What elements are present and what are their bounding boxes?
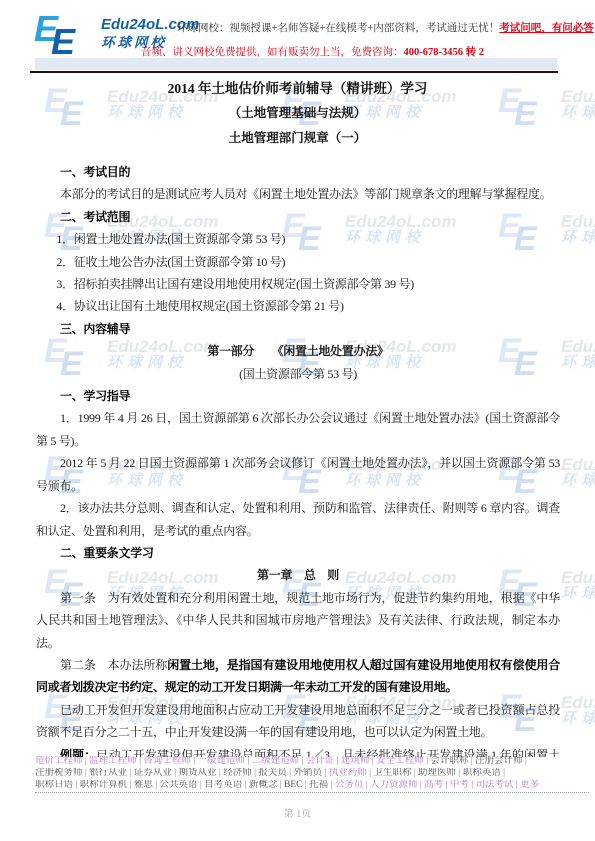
footer-link-separator: | bbox=[127, 768, 134, 778]
footer-link[interactable]: 司法考试 bbox=[476, 780, 514, 790]
watermark-brand-cn-text: 环球网校 bbox=[561, 356, 595, 372]
header-slogan: 环球网校：视频授课+名师答疑+在线模考+内部资料，考试通过无忧！考试问吧，有问必… bbox=[177, 20, 595, 35]
content-block-heading: 三、内容辅导 bbox=[36, 318, 560, 340]
content-block-center: (国土资源部令第 53 号) bbox=[36, 363, 560, 385]
content-block-para: 2012 年 5 月 22 日国土资源部第 1 次部务会议修订《闲置土地处置办法… bbox=[36, 452, 560, 497]
footer-link[interactable]: 咨询工程师 bbox=[143, 756, 191, 766]
footer-link[interactable]: 外销员 bbox=[294, 768, 323, 778]
footer-link[interactable]: 助理医师 bbox=[418, 768, 456, 778]
content-block-center-bold: 第一部分 《闲置土地处置办法》 bbox=[36, 340, 560, 362]
brand-ee-icon: E E bbox=[34, 9, 98, 57]
footer-links-row: 职称日语 | 职称计算机 | 雅思 | 公共英语 | 自考英语 | 新概念 | … bbox=[35, 780, 589, 792]
footer-link[interactable]: 人力资源师 bbox=[370, 780, 418, 790]
content-text: 第一部分 《闲置土地处置办法》 bbox=[207, 344, 388, 358]
content-block-list: 2．征收土地公告办法(国土资源部令第 10 号) bbox=[36, 251, 560, 273]
content-block-para: 已动工开发但开发建设用地面积占应动工开发建设用地总面积不足三分之一或者已投资额占… bbox=[36, 699, 560, 744]
footer-link[interactable]: 雅思 bbox=[134, 780, 153, 790]
watermark-brand-text: Edu24oL.com bbox=[561, 569, 595, 587]
footer-link[interactable]: 自考英语 bbox=[204, 780, 242, 790]
footer-link[interactable]: 经济师 bbox=[223, 768, 252, 778]
content-block-para: 2．该办法共分总则、调查和认定、处置和利用、预防和监管、法律责任、附则等 6 章… bbox=[36, 497, 560, 542]
watermark-brand-text: Edu24oL.com bbox=[561, 213, 595, 231]
footer-link[interactable]: 公共英语 bbox=[160, 780, 198, 790]
content-block-para: 1．1999 年 4 月 26 日，国土资源部第 6 次部长办公会议通过《闲置土… bbox=[36, 407, 560, 452]
footer-link[interactable]: 注册税务师 bbox=[35, 768, 83, 778]
document-title-block: 2014 年土地估价师考前辅导（精讲班）学习 （土地管理基础与法规） 土地管理部… bbox=[0, 76, 595, 151]
content-text: 二、考试范围 bbox=[60, 210, 130, 224]
content-text: 已动工开发但开发建设用地面积占应动工开发建设用地总面积不足三分之一或者已投资额占… bbox=[36, 703, 560, 739]
footer-link[interactable]: 托福 bbox=[309, 780, 328, 790]
content-block-list: 1．闲置土地处置办法(国土资源部令第 53 号) bbox=[36, 228, 560, 250]
footer-link[interactable]: 职称计算机 bbox=[80, 780, 128, 790]
content-text: 本部分的考试目的是测试应考人员对《闲置土地处置办法》等部门规章条文的理解与掌握程… bbox=[60, 187, 551, 201]
footer-link-separator: | bbox=[299, 756, 306, 766]
footer-link[interactable]: 安全工程师 bbox=[376, 756, 424, 766]
watermark-brand-text: Edu24oL.com bbox=[561, 694, 595, 712]
footer-link[interactable]: 一级建造师 bbox=[198, 756, 246, 766]
footer-link[interactable]: 监理工程师 bbox=[89, 756, 137, 766]
content-text: 第一章 总 则 bbox=[257, 568, 339, 582]
header-highlight-band bbox=[35, 58, 557, 70]
content-block-para-bold-tail: 第二条 本办法所称闲置土地，是指国有建设用地使用权人超过国有建设用地使用权有偿使… bbox=[36, 654, 560, 699]
watermark-brand-cn-text: 环球网校 bbox=[561, 587, 595, 603]
footer-link-separator: | bbox=[153, 780, 160, 790]
footer-link-separator: | bbox=[191, 756, 198, 766]
footer-link[interactable]: 中考 bbox=[450, 780, 469, 790]
content-block-para: 第一条 为有效处置和充分利用闲置土地，规范土地市场行为，促进节约集约用地，根据《… bbox=[36, 587, 560, 654]
content-text: (国土资源部令第 53 号) bbox=[239, 367, 357, 381]
content-text: 一、考试目的 bbox=[60, 165, 130, 179]
footer-link-separator: | bbox=[287, 768, 294, 778]
footer-link[interactable]: 职称日语 bbox=[35, 780, 73, 790]
footer-divider bbox=[35, 792, 589, 793]
footer-link[interactable]: 高考 bbox=[424, 780, 443, 790]
footer-link-separator: | bbox=[456, 768, 463, 778]
watermark-brand-text: Edu24oL.com bbox=[561, 338, 595, 356]
content-text: 2．该办法共分总则、调查和认定、处置和利用、预防和监管、法律责任、附则等 6 章… bbox=[36, 501, 560, 537]
footer-link[interactable]: 建筑师 bbox=[341, 756, 370, 766]
header-divider bbox=[30, 71, 558, 73]
doc-title-line1: 2014 年土地估价师考前辅导（精讲班）学习 bbox=[0, 76, 595, 101]
header-slogan-text: 环球网校：视频授课+名师答疑+在线模考+内部资料，考试通过无忧！ bbox=[177, 23, 499, 34]
content-text: 3．招标拍卖挂牌出让国有建设用地使用权规定(国土资源部令第 39 号) bbox=[56, 277, 414, 291]
content-block-heading: 一、考试目的 bbox=[36, 161, 560, 183]
footer-link-separator: | bbox=[328, 780, 335, 790]
footer-link-separator: | bbox=[73, 780, 80, 790]
footer-link[interactable]: 新概念 bbox=[249, 780, 278, 790]
footer-link[interactable]: 期货从业 bbox=[179, 768, 217, 778]
content-text: 1．1999 年 4 月 26 日，国土资源部第 6 次部长办公会议通过《闲置土… bbox=[36, 411, 560, 447]
footer-link[interactable]: 会计职称 bbox=[430, 756, 468, 766]
footer-link[interactable]: 注册会计师 bbox=[475, 756, 523, 766]
hotline-number: 400-678-3456 转 2 bbox=[404, 47, 485, 58]
footer-links: 造价工程师 | 监理工程师 | 咨询工程师 | 一级建造师 | 二级建造师 | … bbox=[35, 756, 589, 791]
footer-link[interactable]: 二级建造师 bbox=[252, 756, 300, 766]
footer-link-separator: | bbox=[245, 756, 252, 766]
document-body: 一、考试目的本部分的考试目的是测试应考人员对《闲置土地处置办法》等部门规章条文的… bbox=[36, 161, 560, 757]
exam-qa-link[interactable]: 考试问吧，有问必答 bbox=[499, 23, 594, 34]
content-block-list: 4．协议出让国有土地使用权规定(国土资源部令第 21 号) bbox=[36, 295, 560, 317]
document-page: E E Edu24oL.com 环球网校 E E Edu24oL.com 环球网… bbox=[0, 0, 595, 841]
footer-link-separator: | bbox=[501, 768, 505, 778]
footer-links-row: 造价工程师 | 监理工程师 | 咨询工程师 | 一级建造师 | 二级建造师 | … bbox=[35, 756, 589, 768]
footer-link[interactable]: 银行从业 bbox=[89, 768, 127, 778]
content-text: 4．协议出让国有土地使用权规定(国土资源部令第 21 号) bbox=[56, 299, 343, 313]
content-text: 第一条 为有效处置和充分利用闲置土地，规范土地市场行为，促进节约集约用地，根据《… bbox=[36, 591, 560, 650]
content-text: 二、重要条文学习 bbox=[60, 546, 154, 560]
footer-link-separator: | bbox=[523, 756, 527, 766]
content-text: 三、内容辅导 bbox=[60, 322, 130, 336]
content-block-para-bold-lead: 例题：已动工开发建设但开发建设总面积不足 1／3，且未经批准终止开发建设满 1 … bbox=[36, 744, 560, 757]
header-notice: 音频、讲义网校免费提供，如有贩卖勿上当，免费咨询：400-678-3456 转 … bbox=[141, 44, 484, 59]
footer-link[interactable]: 卫生职称 bbox=[373, 768, 411, 778]
footer-link-separator: | bbox=[469, 780, 476, 790]
footer-link[interactable]: 公务员 bbox=[335, 780, 364, 790]
watermark-brand-text: Edu24oL.com bbox=[561, 456, 595, 474]
footer-link[interactable]: 职称英语 bbox=[463, 768, 501, 778]
footer-link[interactable]: 造价工程师 bbox=[35, 756, 83, 766]
footer-link[interactable]: 执业药师 bbox=[329, 768, 367, 778]
footer-link[interactable]: 报关员 bbox=[258, 768, 287, 778]
watermark-brand-cn-text: 环球网校 bbox=[561, 474, 595, 490]
footer-link-separator: | bbox=[443, 780, 450, 790]
content-block-heading: 二、重要条文学习 bbox=[36, 542, 560, 564]
footer-link-separator: | bbox=[322, 768, 329, 778]
footer-link-separator: | bbox=[242, 780, 249, 790]
footer-link[interactable]: BEC bbox=[284, 780, 302, 790]
watermark-brand-cn-text: 环球网校 bbox=[561, 712, 595, 728]
doc-title-line3: 土地管理部门规章（一） bbox=[0, 126, 595, 151]
footer-link[interactable]: 会计证 bbox=[306, 756, 335, 766]
doc-title-line2: （土地管理基础与法规） bbox=[0, 101, 595, 126]
watermark-brand-cn-text: 环球网校 bbox=[561, 231, 595, 247]
content-text: 2．征收土地公告办法(国土资源部令第 10 号) bbox=[56, 255, 285, 269]
content-block-heading: 二、考试范围 bbox=[36, 206, 560, 228]
content-block-para: 本部分的考试目的是测试应考人员对《闲置土地处置办法》等部门规章条文的理解与掌握程… bbox=[36, 183, 560, 205]
footer-link[interactable]: 证券从业 bbox=[134, 768, 172, 778]
page-number: 第 1页 bbox=[0, 805, 595, 820]
footer-link-separator: | bbox=[172, 768, 179, 778]
header-notice-text: 音频、讲义网校免费提供，如有贩卖勿上当，免费咨询： bbox=[141, 47, 404, 58]
content-block-heading: 一、学习指导 bbox=[36, 385, 560, 407]
svg-text:E: E bbox=[51, 21, 76, 57]
content-text: 1．闲置土地处置办法(国土资源部令第 53 号) bbox=[56, 232, 285, 246]
content-text: 第二条 本办法所称 bbox=[60, 658, 167, 672]
footer-links-row: 注册税务师 | 银行从业 | 证券从业 | 期货从业 | 经济师 | 报关员 |… bbox=[35, 768, 589, 780]
footer-link[interactable]: 更多 bbox=[520, 780, 539, 790]
footer-link-separator: | bbox=[127, 780, 134, 790]
content-text: 一、学习指导 bbox=[60, 389, 130, 403]
content-block-center-bold: 第一章 总 则 bbox=[36, 564, 560, 586]
content-text: 2012 年 5 月 22 日国土资源部第 1 次部务会议修订《闲置土地处置办法… bbox=[36, 456, 560, 492]
content-block-list: 3．招标拍卖挂牌出让国有建设用地使用权规定(国土资源部令第 39 号) bbox=[36, 273, 560, 295]
